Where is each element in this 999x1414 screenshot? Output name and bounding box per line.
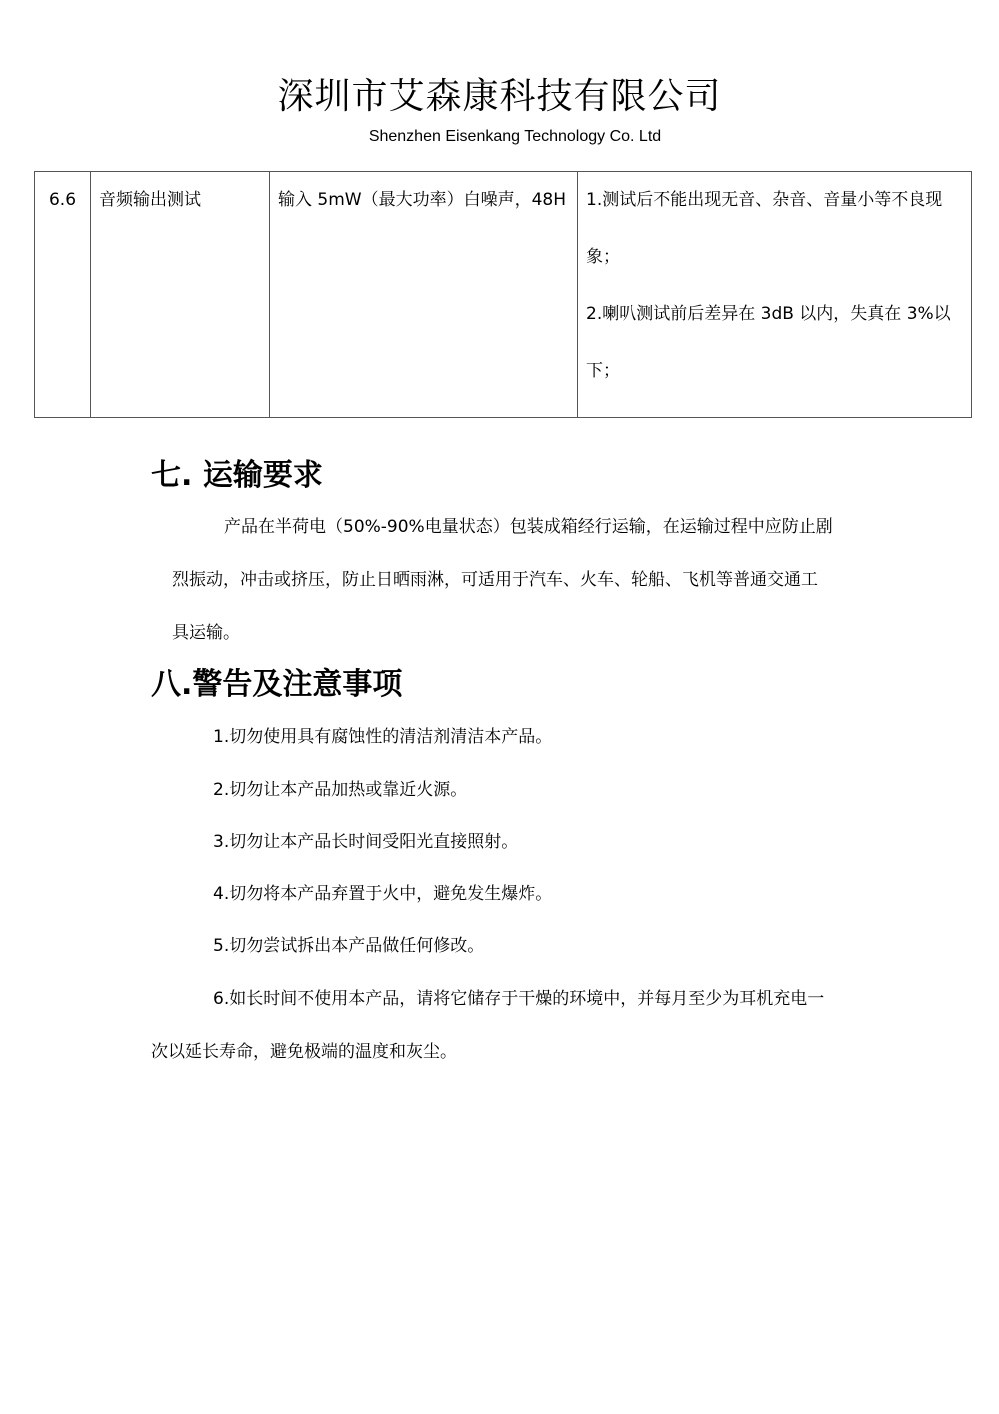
requirements-cell: 1.测试后不能出现无音、杂音、音量小等不良现 象； 2.喇叭测试前后差异在 3d… [578, 172, 972, 418]
item-name: 音频输出测试 [91, 172, 270, 418]
item-number: 6.6 [35, 172, 91, 418]
requirement-line: 1.测试后不能出现无音、杂音、音量小等不良现 [586, 189, 965, 211]
requirement-line: 下； [586, 360, 965, 382]
warning-item: 1.切勿使用具有腐蚀性的清洁剂清洁本产品。 [213, 726, 552, 748]
section-heading-warnings: 八.警告及注意事项 [151, 667, 402, 703]
warning-item: 6.如长时间不使用本产品，请将它储存于干燥的环境中，并每月至少为耳机充电一 [213, 988, 824, 1010]
warning-item: 3.切勿让本产品长时间受阳光直接照射。 [213, 831, 518, 853]
paragraph-line: 具运输。 [172, 622, 240, 644]
section-heading-transport: 七. 运输要求 [151, 458, 323, 494]
warning-item: 2.切勿让本产品加热或靠近火源。 [213, 779, 467, 801]
requirement-line: 2.喇叭测试前后差异在 3dB 以内，失真在 3%以 [586, 303, 965, 325]
warning-item: 5.切勿尝试拆出本产品做任何修改。 [213, 935, 484, 957]
table-row: 6.6 音频输出测试 输入 5mW（最大功率）白噪声，48H 1.测试后不能出现… [35, 172, 972, 418]
spec-table: 6.6 音频输出测试 输入 5mW（最大功率）白噪声，48H 1.测试后不能出现… [34, 171, 972, 418]
warning-item: 4.切勿将本产品弃置于火中，避免发生爆炸。 [213, 883, 552, 905]
test-condition: 输入 5mW（最大功率）白噪声，48H [270, 172, 578, 418]
warning-item-continuation: 次以延长寿命，避免极端的温度和灰尘。 [151, 1041, 457, 1063]
company-name-cn: 深圳市艾森康科技有限公司 [0, 74, 999, 120]
paragraph-line: 产品在半荷电（50%-90%电量状态）包装成箱经行运输，在运输过程中应防止剧 [224, 516, 833, 538]
requirement-line: 象； [586, 246, 965, 268]
company-name-en: Shenzhen Eisenkang Technology Co. Ltd [0, 126, 999, 148]
paragraph-line: 烈振动，冲击或挤压，防止日晒雨淋，可适用于汽车、火车、轮船、飞机等普通交通工 [172, 569, 818, 591]
